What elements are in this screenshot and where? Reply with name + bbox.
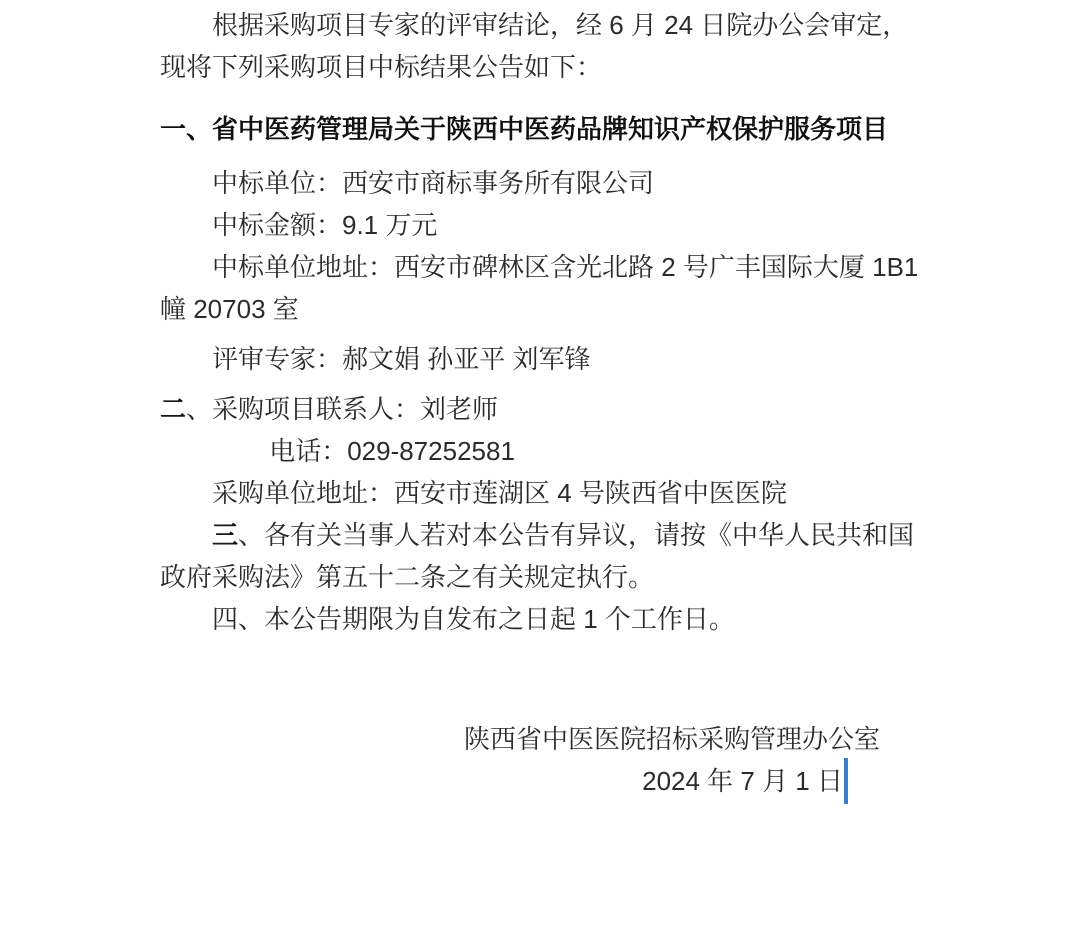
- review-experts-line[interactable]: 评审专家：郝文娟 孙亚平 刘军锋: [160, 338, 930, 380]
- purchaser-address-line[interactable]: 采购单位地址：西安市莲湖区 4 号陕西省中医医院: [160, 472, 930, 514]
- section-three-text: 、各有关当事人若对本公告有异议，请按《中华人民共和国政府采购法》第五十二条之有关…: [160, 520, 914, 592]
- signature-organization-line[interactable]: 陕西省中医医院招标采购管理办公室: [160, 718, 930, 760]
- text-cursor: [844, 758, 848, 804]
- intro-paragraph[interactable]: 根据采购项目专家的评审结论，经 6 月 24 日院办公会审定，现将下列采购项目中…: [160, 4, 930, 88]
- section-three-paragraph[interactable]: 三、各有关当事人若对本公告有异议，请按《中华人民共和国政府采购法》第五十二条之有…: [160, 514, 930, 598]
- document-edit-area[interactable]: 根据采购项目专家的评审结论，经 6 月 24 日院办公会审定，现将下列采购项目中…: [0, 0, 1080, 945]
- section-one-heading[interactable]: 一、省中医药管理局关于陕西中医药品牌知识产权保护服务项目: [160, 104, 930, 154]
- section-two-number: 二: [160, 394, 186, 424]
- winning-bidder-line[interactable]: 中标单位：西安市商标事务所有限公司: [160, 162, 930, 204]
- signature-date-line[interactable]: 2024 年 7 月 1 日: [160, 760, 930, 806]
- section-two-contact-text: 、采购项目联系人：刘老师: [186, 394, 498, 424]
- bid-amount-line[interactable]: 中标金额：9.1 万元: [160, 204, 930, 246]
- bidder-address-paragraph[interactable]: 中标单位地址：西安市碑林区含光北路 2 号广丰国际大厦 1B1 幢 20703 …: [160, 246, 930, 330]
- document-page: 根据采购项目专家的评审结论，经 6 月 24 日院办公会审定，现将下列采购项目中…: [0, 0, 1080, 945]
- section-three-number: 三: [212, 520, 238, 550]
- phone-line[interactable]: 电话：029-87252581: [160, 430, 930, 472]
- section-two-contact-line[interactable]: 二、采购项目联系人：刘老师: [160, 388, 930, 430]
- signature-date-text: 2024 年 7 月 1 日: [642, 766, 843, 796]
- section-four-line[interactable]: 四、本公告期限为自发布之日起 1 个工作日。: [160, 598, 930, 640]
